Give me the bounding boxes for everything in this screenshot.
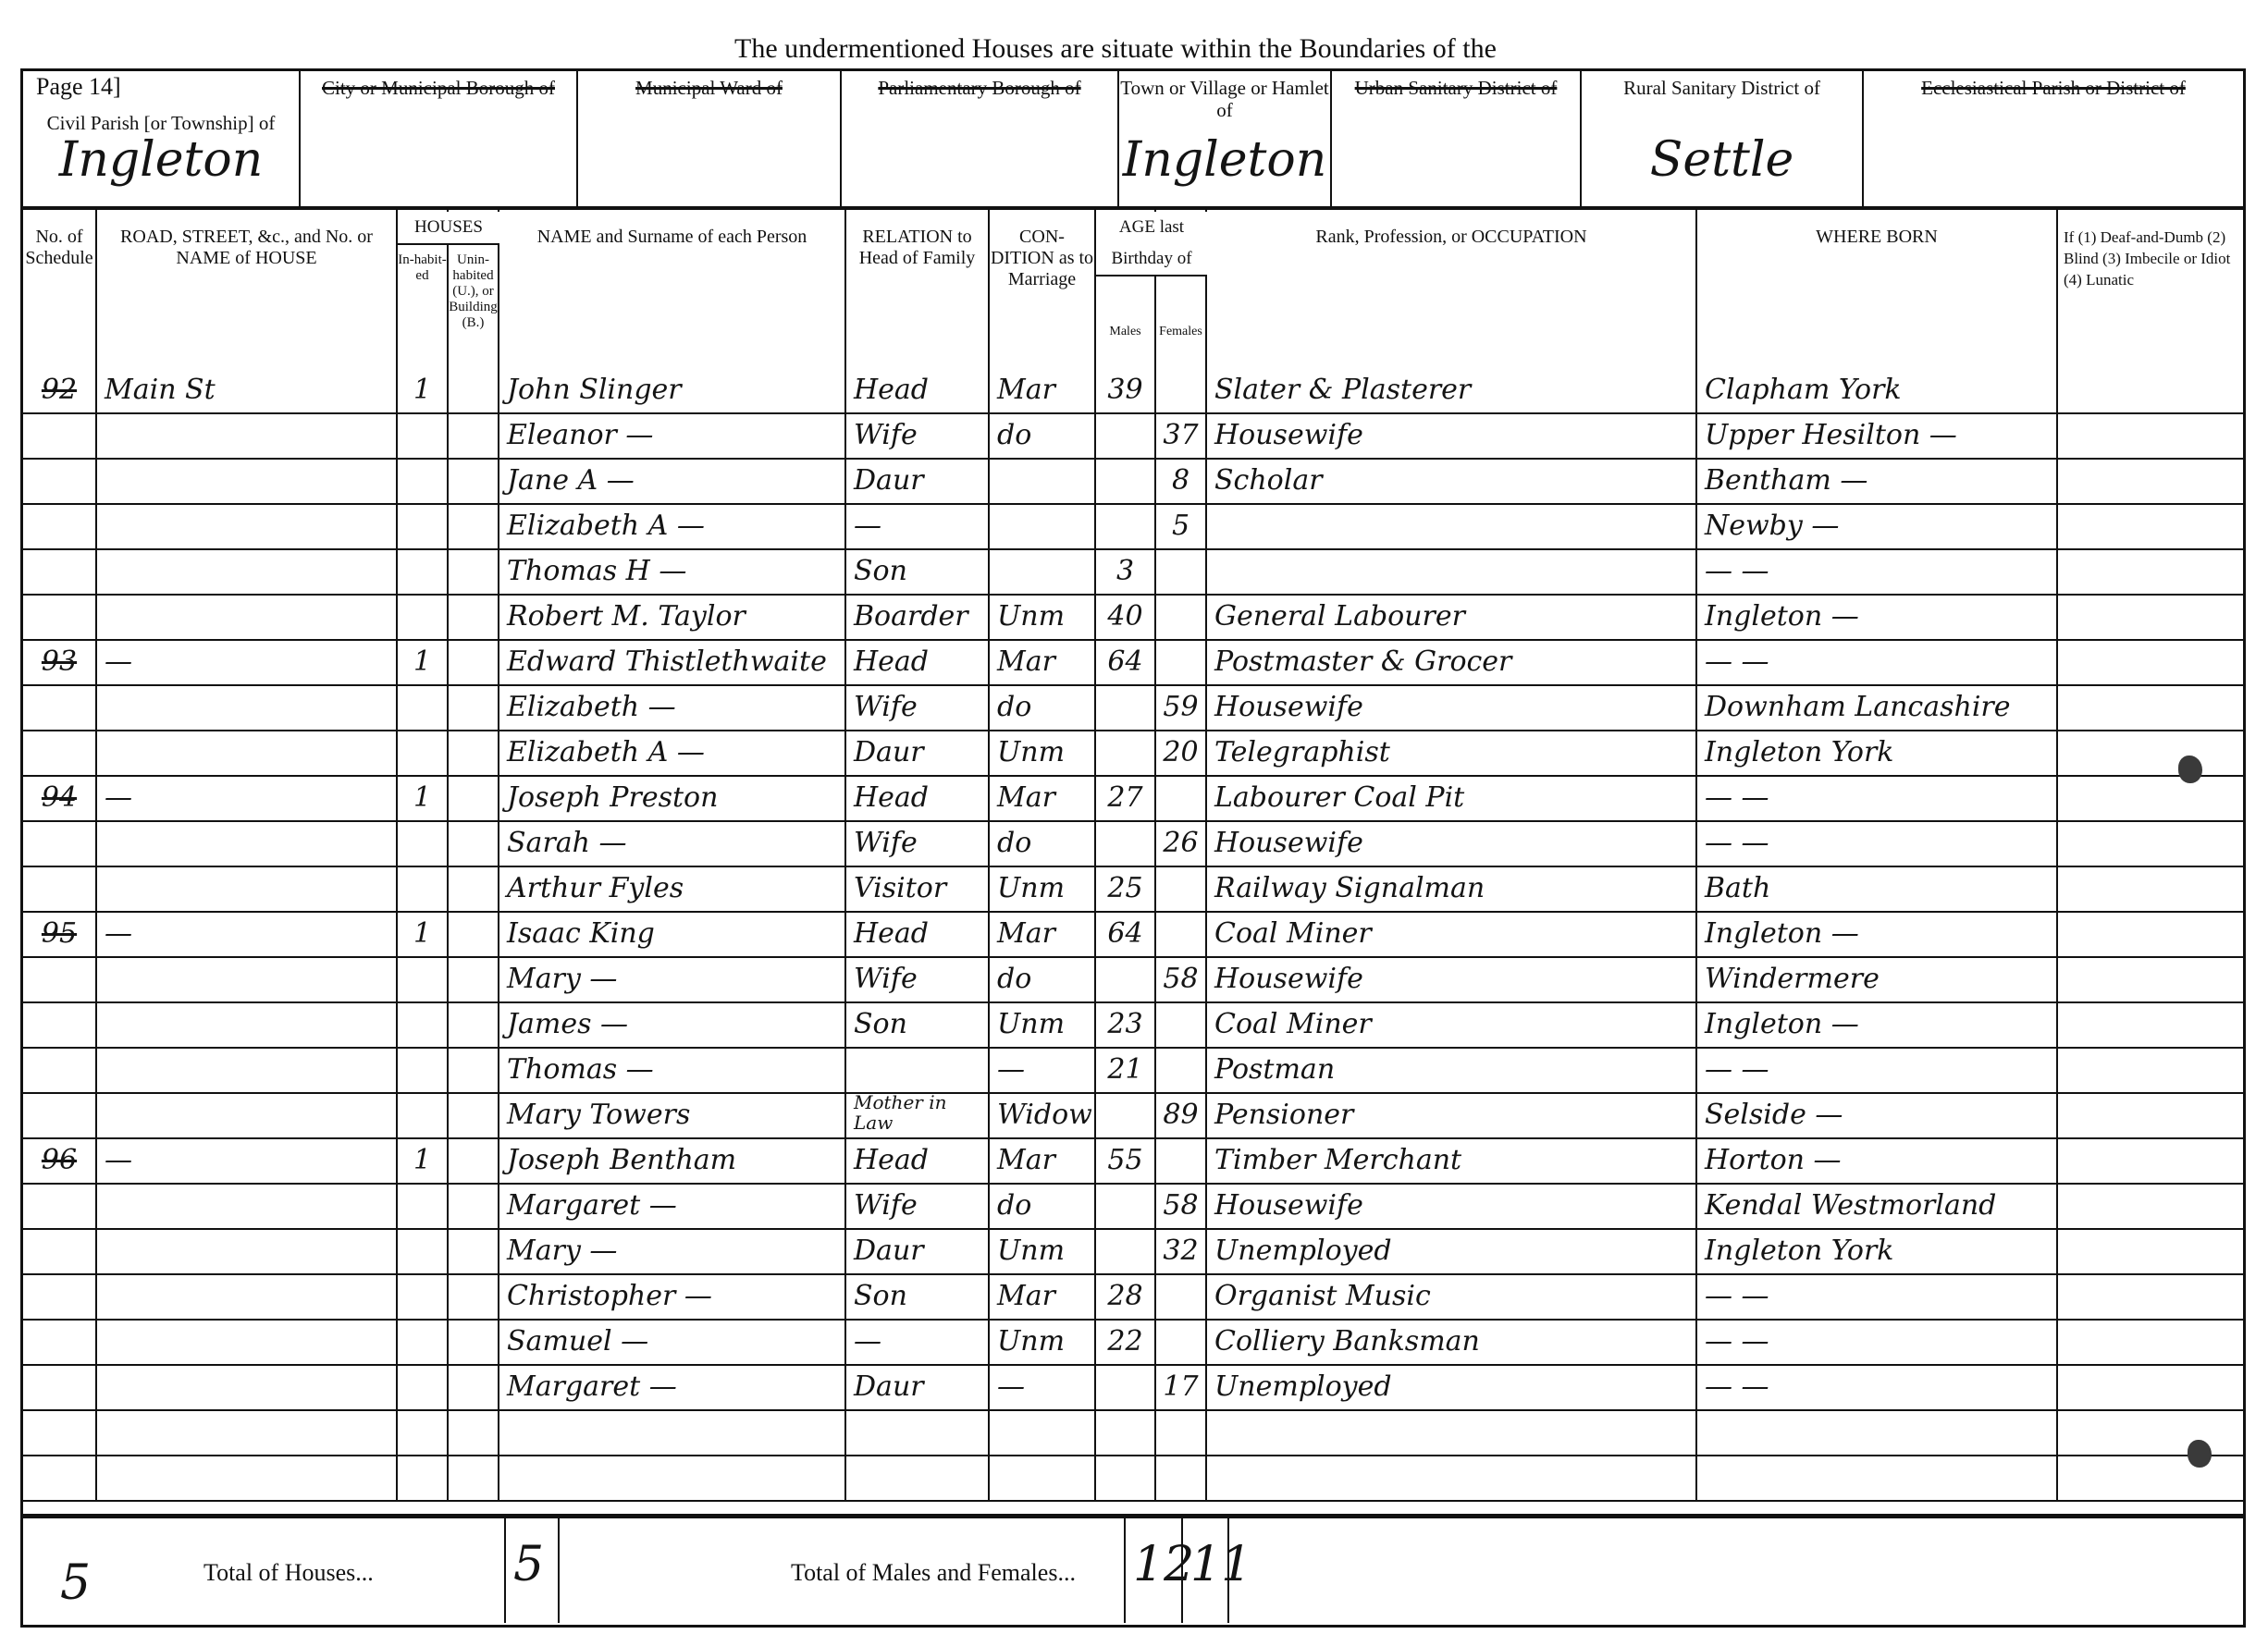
cell-born: Windermere [1697, 956, 2058, 1001]
column-header-occupation: Rank, Profession, or OCCUPATION [1207, 210, 1697, 367]
cell-name: Robert M. Taylor [499, 594, 846, 639]
boundary-field-label: Urban Sanitary District of [1332, 77, 1580, 99]
cell-male-age: 55 [1096, 1137, 1156, 1183]
cell-road [97, 866, 398, 911]
cell-inhabited: 1 [398, 639, 449, 684]
cell-born: Ingleton — [1697, 911, 2058, 956]
cell-road [97, 458, 398, 503]
cell-female-age [1156, 1273, 1207, 1319]
cell-infirmity [2058, 503, 2243, 548]
cell-male-age: 39 [1096, 367, 1156, 412]
table-row [23, 1455, 2243, 1502]
table-row: 95—1Isaac KingHeadMar64Coal MinerIngleto… [23, 911, 2243, 958]
cell-occupation: Telegraphist [1207, 730, 1697, 775]
cell-road: — [97, 911, 398, 956]
cell-male-age: 22 [1096, 1319, 1156, 1364]
cell-relation: Visitor [846, 866, 990, 911]
cell-inhabited: 1 [398, 775, 449, 820]
cell-schedule [23, 1047, 97, 1092]
cell-condition: Unm [990, 1001, 1096, 1047]
cell-inhabited [398, 1319, 449, 1364]
cell-male-age: 40 [1096, 594, 1156, 639]
cell-schedule [23, 458, 97, 503]
cell-name: Arthur Fyles [499, 866, 846, 911]
census-form: Civil Parish [or Township] ofIngletonCit… [20, 68, 2246, 1628]
boundary-field-value: Ingleton [23, 132, 299, 188]
cell-relation: Son [846, 1001, 990, 1047]
cell-relation: Mother in Law [846, 1092, 990, 1137]
cell-male-age [1096, 1364, 1156, 1409]
total-houses-label: Total of Houses... [203, 1559, 374, 1587]
boundary-field-value: Settle [1582, 132, 1862, 188]
cell-condition [990, 458, 1096, 503]
ink-blot [2178, 756, 2202, 783]
cell-inhabited [398, 548, 449, 594]
cell-condition [990, 548, 1096, 594]
cell-road: — [97, 775, 398, 820]
cell-schedule [23, 503, 97, 548]
cell-inhabited [398, 956, 449, 1001]
cell-schedule: 92 [23, 367, 97, 412]
cell-male-age: 28 [1096, 1273, 1156, 1319]
cell-female-age [1156, 866, 1207, 911]
cell-schedule [23, 956, 97, 1001]
cell-road [97, 684, 398, 730]
cell-relation: Wife [846, 1183, 990, 1228]
cell-schedule [23, 730, 97, 775]
boundary-field: Parliamentary Borough of [842, 71, 1119, 210]
table-row: Mary —Wifedo58HousewifeWindermere [23, 956, 2243, 1003]
boundary-field-label: Ecclesiastical Parish or District of [1864, 77, 2243, 99]
cell-occupation: Postmaster & Grocer [1207, 639, 1697, 684]
cell-infirmity [2058, 911, 2243, 956]
cell-born: Horton — [1697, 1137, 2058, 1183]
cell-male-age [1096, 1183, 1156, 1228]
cell-female-age [1156, 1047, 1207, 1092]
cell-occupation: Housewife [1207, 1183, 1697, 1228]
table-row: Mary TowersMother in LawWidow89Pensioner… [23, 1092, 2243, 1139]
cell-female-age [1156, 548, 1207, 594]
table-row [23, 1409, 2243, 1456]
column-header-name: NAME and Surname of each Person [499, 210, 846, 367]
cell-uninhabited [449, 956, 499, 1001]
cell-occupation: Housewife [1207, 412, 1697, 458]
cell-schedule [23, 1001, 97, 1047]
cell-relation: Daur [846, 1228, 990, 1273]
cell-born: Kendal Westmorland [1697, 1183, 2058, 1228]
cell-road [97, 1092, 398, 1137]
cell-uninhabited [449, 1183, 499, 1228]
cell-schedule [23, 1455, 97, 1500]
cell-infirmity [2058, 866, 2243, 911]
cell-name: Sarah — [499, 820, 846, 866]
cell-infirmity [2058, 730, 2243, 775]
cell-inhabited: 1 [398, 1137, 449, 1183]
cell-infirmity [2058, 548, 2243, 594]
cell-road [97, 730, 398, 775]
cell-road [97, 1228, 398, 1273]
table-row: James —SonUnm23Coal MinerIngleton — [23, 1001, 2243, 1049]
cell-condition [990, 1409, 1096, 1455]
cell-condition: Mar [990, 911, 1096, 956]
cell-uninhabited [449, 639, 499, 684]
cell-schedule [23, 548, 97, 594]
cell-occupation: Labourer Coal Pit [1207, 775, 1697, 820]
cell-male-age [1096, 412, 1156, 458]
cell-occupation [1207, 548, 1697, 594]
cell-name [499, 1409, 846, 1455]
totals-row: 5 Total of Houses... 5 Total of Males an… [23, 1514, 2243, 1628]
cell-name: Mary — [499, 956, 846, 1001]
cell-female-age: 58 [1156, 956, 1207, 1001]
cell-uninhabited [449, 412, 499, 458]
cell-condition: Mar [990, 639, 1096, 684]
cell-inhabited [398, 1183, 449, 1228]
boundary-field-label: City or Municipal Borough of [301, 77, 576, 99]
cell-male-age: 21 [1096, 1047, 1156, 1092]
cell-uninhabited [449, 548, 499, 594]
cell-infirmity [2058, 1455, 2243, 1500]
cell-born: — — [1697, 1047, 2058, 1092]
cell-condition: Mar [990, 367, 1096, 412]
table-row: Jane A —Daur8ScholarBentham — [23, 458, 2243, 505]
cell-condition: do [990, 412, 1096, 458]
cell-occupation: Unemployed [1207, 1364, 1697, 1409]
cell-born: — — [1697, 775, 2058, 820]
column-group-age: AGE last Birthday of [1096, 212, 1207, 276]
cell-uninhabited [449, 1319, 499, 1364]
table-row: Arthur FylesVisitorUnm25Railway Signalma… [23, 866, 2243, 913]
boundary-field-value: Ingleton [1119, 132, 1330, 188]
cell-relation: Boarder [846, 594, 990, 639]
cell-uninhabited [449, 1092, 499, 1137]
cell-inhabited [398, 1409, 449, 1455]
cell-inhabited: 1 [398, 911, 449, 956]
cell-inhabited [398, 503, 449, 548]
cell-road [97, 820, 398, 866]
table-row: 94—1Joseph PrestonHeadMar27Labourer Coal… [23, 775, 2243, 822]
cell-inhabited [398, 594, 449, 639]
cell-female-age: 37 [1156, 412, 1207, 458]
cell-road: Main St [97, 367, 398, 412]
cell-born: Bath [1697, 866, 2058, 911]
cell-occupation [1207, 503, 1697, 548]
column-header-condition: CON-DITION as to Marriage [990, 210, 1096, 367]
cell-occupation: Unemployed [1207, 1228, 1697, 1273]
cell-name: John Slinger [499, 367, 846, 412]
cell-name: Mary Towers [499, 1092, 846, 1137]
table-row: 96—1Joseph BenthamHeadMar55Timber Mercha… [23, 1137, 2243, 1185]
cell-name: Elizabeth — [499, 684, 846, 730]
cell-relation: — [846, 1319, 990, 1364]
cell-male-age: 23 [1096, 1001, 1156, 1047]
column-header-born: WHERE BORN [1697, 210, 2058, 367]
cell-occupation: Housewife [1207, 684, 1697, 730]
cell-infirmity [2058, 639, 2243, 684]
total-houses-value: 5 [513, 1537, 544, 1592]
cell-schedule [23, 412, 97, 458]
cell-born: Ingleton York [1697, 1228, 2058, 1273]
cell-schedule: 93 [23, 639, 97, 684]
cell-occupation: Scholar [1207, 458, 1697, 503]
cell-occupation: Organist Music [1207, 1273, 1697, 1319]
cell-born [1697, 1455, 2058, 1500]
cell-relation: Daur [846, 1364, 990, 1409]
cell-road: — [97, 1137, 398, 1183]
cell-condition: — [990, 1047, 1096, 1092]
cell-female-age [1156, 367, 1207, 412]
cell-born: Bentham — [1697, 458, 2058, 503]
table-row: Thomas H —Son3— — [23, 548, 2243, 596]
cell-infirmity [2058, 1228, 2243, 1273]
cell-born: — — [1697, 820, 2058, 866]
cell-female-age [1156, 1137, 1207, 1183]
cell-uninhabited [449, 1228, 499, 1273]
boundary-field: Town or Village or Hamlet ofIngleton [1119, 71, 1332, 210]
cell-schedule [23, 1319, 97, 1364]
cell-uninhabited [449, 820, 499, 866]
cell-male-age [1096, 820, 1156, 866]
table-row: 92Main St1John SlingerHeadMar39Slater & … [23, 367, 2243, 414]
cell-name: Mary — [499, 1228, 846, 1273]
cell-inhabited [398, 1228, 449, 1273]
table-row: Mary —DaurUnm32UnemployedIngleton York [23, 1228, 2243, 1275]
cell-condition: Mar [990, 775, 1096, 820]
table-row: Elizabeth A ——5Newby — [23, 503, 2243, 550]
table-row: Margaret —Wifedo58HousewifeKendal Westmo… [23, 1183, 2243, 1230]
table-row: Elizabeth —Wifedo59HousewifeDownham Lanc… [23, 684, 2243, 731]
cell-female-age [1156, 1409, 1207, 1455]
cell-road [97, 503, 398, 548]
cell-inhabited [398, 1092, 449, 1137]
cell-female-age: 59 [1156, 684, 1207, 730]
cell-uninhabited [449, 911, 499, 956]
boundary-field: Ecclesiastical Parish or District of [1864, 71, 2243, 210]
cell-relation: Son [846, 1273, 990, 1319]
cell-occupation: Railway Signalman [1207, 866, 1697, 911]
cell-name: Elizabeth A — [499, 503, 846, 548]
table-row: 93—1Edward ThistlethwaiteHeadMar64Postma… [23, 639, 2243, 686]
cell-relation [846, 1047, 990, 1092]
cell-occupation: Colliery Banksman [1207, 1319, 1697, 1364]
boundary-field-label: Town or Village or Hamlet of [1119, 77, 1330, 121]
column-group-houses: HOUSES [398, 212, 499, 245]
cell-schedule [23, 1228, 97, 1273]
cell-name: Joseph Bentham [499, 1137, 846, 1183]
cell-female-age: 58 [1156, 1183, 1207, 1228]
cell-uninhabited [449, 1001, 499, 1047]
boundary-header: Civil Parish [or Township] ofIngletonCit… [23, 71, 2243, 210]
cell-female-age: 26 [1156, 820, 1207, 866]
cell-occupation: Slater & Plasterer [1207, 367, 1697, 412]
cell-male-age [1096, 730, 1156, 775]
cell-schedule [23, 1092, 97, 1137]
margin-tally: 5 [60, 1555, 91, 1611]
cell-relation: Head [846, 367, 990, 412]
cell-road [97, 594, 398, 639]
cell-relation: — [846, 503, 990, 548]
page-banner: The undermentioned Houses are situate wi… [734, 33, 1497, 65]
census-page: The undermentioned Houses are situate wi… [13, 28, 2253, 1609]
cell-relation: Head [846, 1137, 990, 1183]
cell-female-age [1156, 1001, 1207, 1047]
cell-uninhabited [449, 684, 499, 730]
total-females-value: 11 [1190, 1537, 1251, 1592]
cell-infirmity [2058, 1183, 2243, 1228]
cell-uninhabited [449, 458, 499, 503]
cell-infirmity [2058, 1137, 2243, 1183]
cell-born: Selside — [1697, 1092, 2058, 1137]
cell-road [97, 1409, 398, 1455]
cell-relation: Head [846, 775, 990, 820]
boundary-field-label: Municipal Ward of [578, 77, 840, 99]
cell-uninhabited [449, 1273, 499, 1319]
column-header-relation: RELATION to Head of Family [846, 210, 990, 367]
cell-infirmity [2058, 684, 2243, 730]
table-row: Eleanor —Wifedo37HousewifeUpper Hesilton… [23, 412, 2243, 460]
cell-male-age [1096, 503, 1156, 548]
cell-female-age [1156, 1455, 1207, 1500]
cell-born: — — [1697, 1319, 2058, 1364]
cell-occupation: Housewife [1207, 820, 1697, 866]
cell-male-age [1096, 1092, 1156, 1137]
cell-schedule [23, 684, 97, 730]
cell-born: — — [1697, 1273, 2058, 1319]
cell-born: — — [1697, 1364, 2058, 1409]
cell-inhabited [398, 730, 449, 775]
cell-name: Isaac King [499, 911, 846, 956]
cell-name: Thomas — [499, 1047, 846, 1092]
cell-uninhabited [449, 1137, 499, 1183]
cell-name: Margaret — [499, 1364, 846, 1409]
cell-condition: — [990, 1364, 1096, 1409]
cell-condition: Unm [990, 594, 1096, 639]
cell-condition: do [990, 684, 1096, 730]
column-header-schedule: No. of Schedule [23, 210, 97, 367]
cell-occupation: General Labourer [1207, 594, 1697, 639]
boundary-field: Rural Sanitary District ofSettle [1582, 71, 1864, 210]
cell-occupation [1207, 1455, 1697, 1500]
table-row: Sarah —Wifedo26Housewife— — [23, 820, 2243, 867]
cell-inhabited [398, 1364, 449, 1409]
ink-blot [2188, 1440, 2212, 1468]
total-males-value: 12 [1133, 1537, 1194, 1592]
cell-female-age [1156, 775, 1207, 820]
cell-born: Ingleton York [1697, 730, 2058, 775]
cell-uninhabited [449, 866, 499, 911]
cell-male-age [1096, 1228, 1156, 1273]
cell-relation [846, 1409, 990, 1455]
cell-condition: Unm [990, 866, 1096, 911]
cell-female-age [1156, 639, 1207, 684]
table-row: Christopher —SonMar28Organist Music— — [23, 1273, 2243, 1321]
cell-name: Jane A — [499, 458, 846, 503]
cell-infirmity [2058, 458, 2243, 503]
cell-female-age: 8 [1156, 458, 1207, 503]
cell-road [97, 1001, 398, 1047]
cell-condition: Unm [990, 1319, 1096, 1364]
cell-male-age: 27 [1096, 775, 1156, 820]
cell-schedule [23, 1273, 97, 1319]
cell-road [97, 1364, 398, 1409]
cell-infirmity [2058, 412, 2243, 458]
cell-infirmity [2058, 775, 2243, 820]
cell-road: — [97, 639, 398, 684]
cell-condition: Unm [990, 1228, 1096, 1273]
cell-inhabited [398, 866, 449, 911]
cell-name: Christopher — [499, 1273, 846, 1319]
boundary-field-label: Parliamentary Borough of [842, 77, 1117, 99]
boundary-field: Urban Sanitary District of [1332, 71, 1582, 210]
cell-schedule: 95 [23, 911, 97, 956]
boundary-field: City or Municipal Borough of [301, 71, 578, 210]
cell-relation: Daur [846, 730, 990, 775]
cell-occupation: Pensioner [1207, 1092, 1697, 1137]
cell-inhabited [398, 458, 449, 503]
cell-infirmity [2058, 1092, 2243, 1137]
cell-infirmity [2058, 1319, 2243, 1364]
cell-occupation: Postman [1207, 1047, 1697, 1092]
cell-male-age [1096, 956, 1156, 1001]
boundary-field: Municipal Ward of [578, 71, 842, 210]
cell-relation [846, 1455, 990, 1500]
cell-uninhabited [449, 1409, 499, 1455]
cell-uninhabited [449, 1455, 499, 1500]
cell-name: Margaret — [499, 1183, 846, 1228]
cell-uninhabited [449, 503, 499, 548]
cell-female-age [1156, 594, 1207, 639]
cell-inhabited [398, 820, 449, 866]
cell-male-age: 3 [1096, 548, 1156, 594]
cell-relation: Daur [846, 458, 990, 503]
cell-name: Eleanor — [499, 412, 846, 458]
cell-name: Thomas H — [499, 548, 846, 594]
cell-born: Downham Lancashire [1697, 684, 2058, 730]
cell-inhabited [398, 412, 449, 458]
cell-name [499, 1455, 846, 1500]
cell-inhabited [398, 1001, 449, 1047]
cell-condition: Widow [990, 1092, 1096, 1137]
cell-schedule [23, 594, 97, 639]
cell-female-age: 32 [1156, 1228, 1207, 1273]
cell-born: Upper Hesilton — [1697, 412, 2058, 458]
cell-condition: do [990, 956, 1096, 1001]
cell-name: Edward Thistlethwaite [499, 639, 846, 684]
cell-inhabited: 1 [398, 367, 449, 412]
cell-male-age [1096, 458, 1156, 503]
cell-male-age [1096, 684, 1156, 730]
cell-born: Ingleton — [1697, 1001, 2058, 1047]
cell-male-age: 64 [1096, 639, 1156, 684]
cell-name: Joseph Preston [499, 775, 846, 820]
cell-male-age: 64 [1096, 911, 1156, 956]
cell-occupation [1207, 1409, 1697, 1455]
cell-relation: Wife [846, 412, 990, 458]
table-row: Robert M. TaylorBoarderUnm40General Labo… [23, 594, 2243, 641]
cell-infirmity [2058, 1001, 2243, 1047]
cell-relation: Wife [846, 820, 990, 866]
cell-schedule [23, 820, 97, 866]
cell-occupation: Coal Miner [1207, 911, 1697, 956]
cell-uninhabited [449, 1364, 499, 1409]
cell-road [97, 1047, 398, 1092]
cell-name: Elizabeth A — [499, 730, 846, 775]
cell-occupation: Timber Merchant [1207, 1137, 1697, 1183]
cell-condition: Mar [990, 1137, 1096, 1183]
cell-infirmity [2058, 1273, 2243, 1319]
cell-born: Ingleton — [1697, 594, 2058, 639]
cell-relation: Son [846, 548, 990, 594]
